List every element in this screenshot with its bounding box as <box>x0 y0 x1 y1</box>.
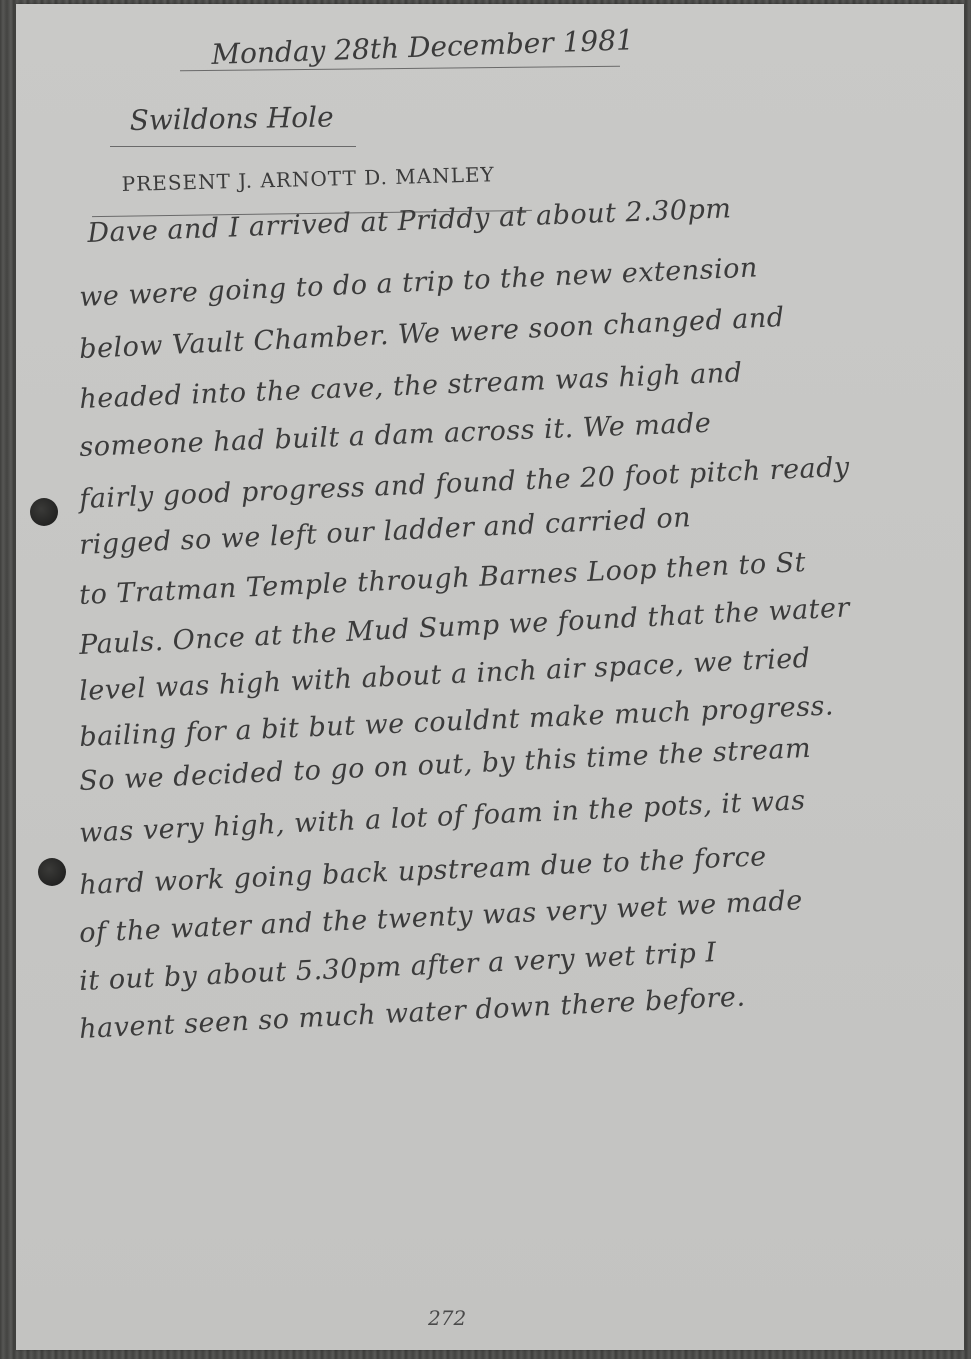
page-number: 272 <box>428 1306 466 1330</box>
cave-name-heading: Swildons Hole <box>129 100 333 137</box>
punch-hole-top <box>30 498 58 526</box>
punch-hole-bottom <box>38 858 66 886</box>
cave-name-underline <box>110 146 356 147</box>
